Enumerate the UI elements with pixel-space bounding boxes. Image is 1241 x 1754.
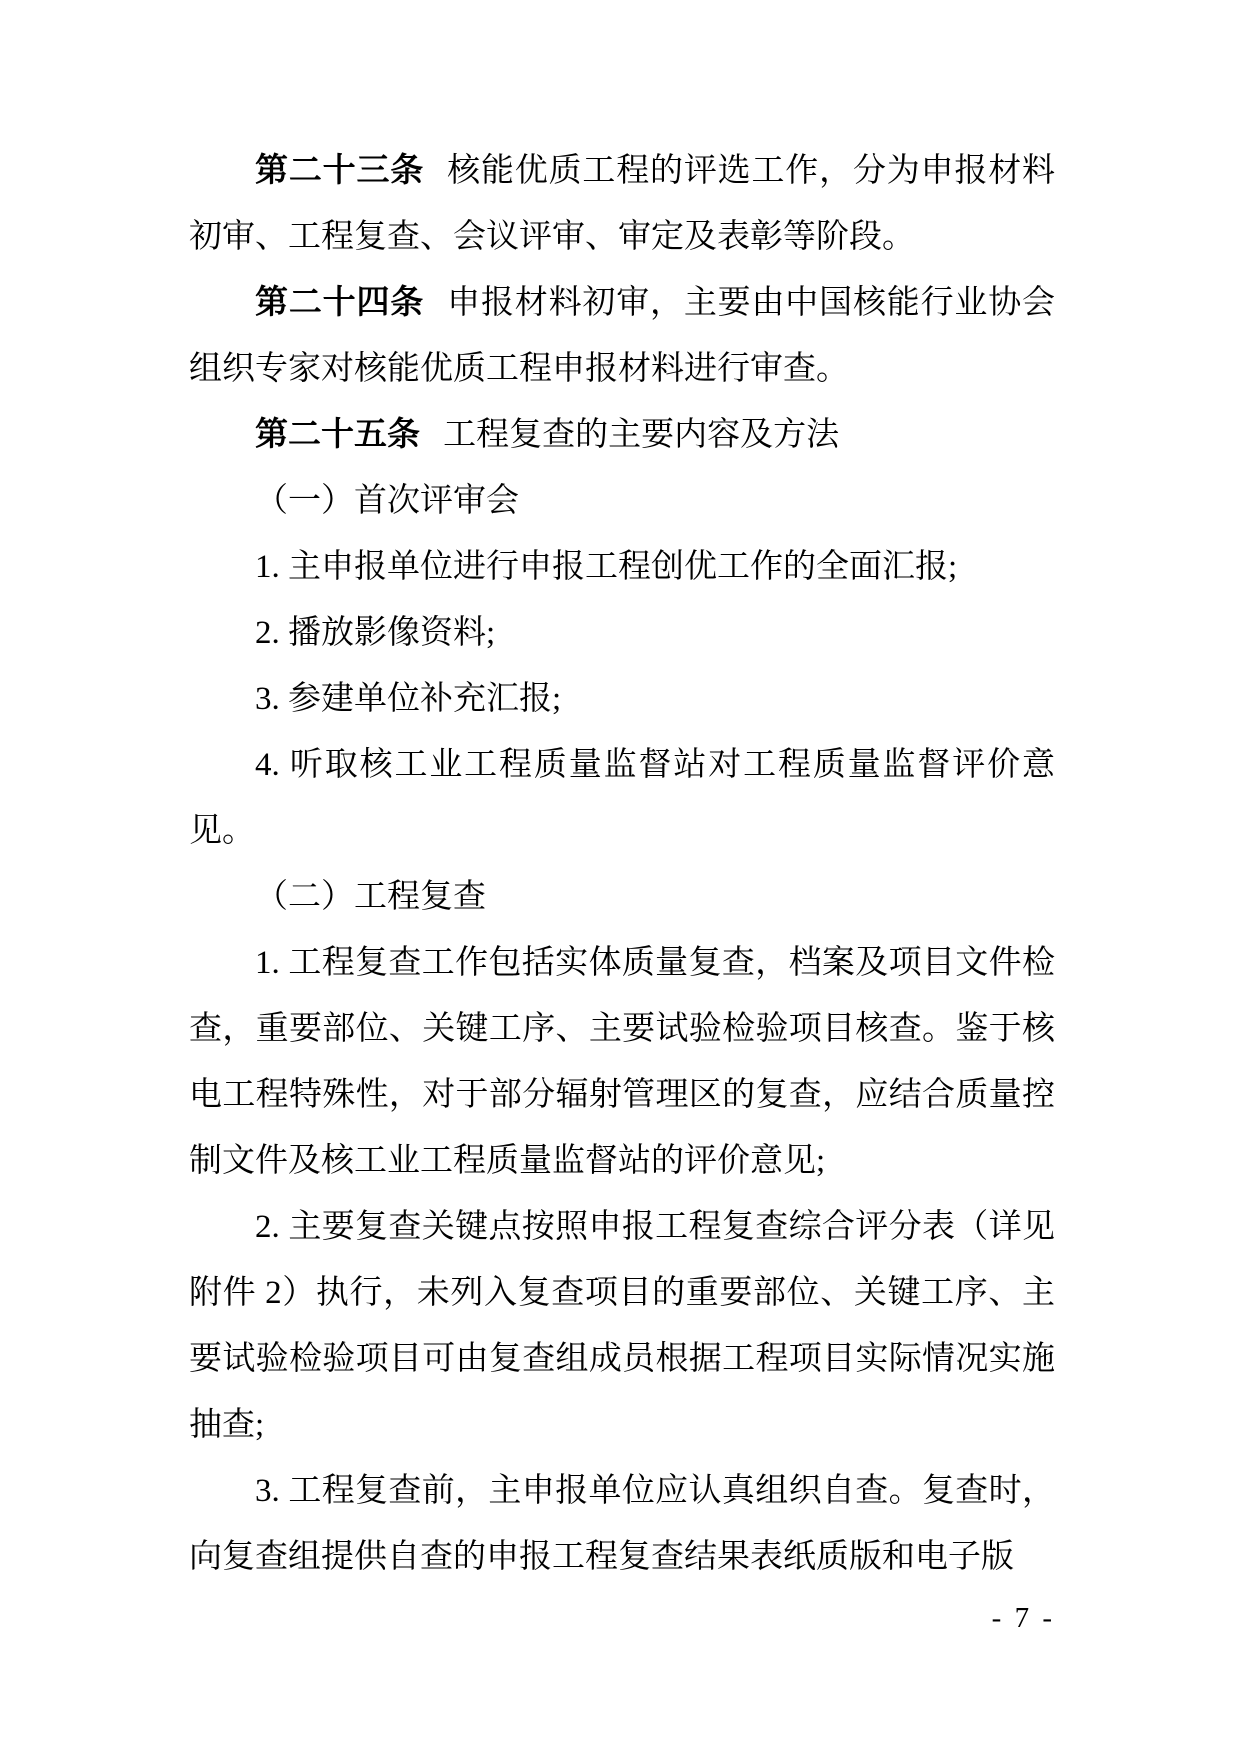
body-paragraph: 2. 播放影像资料; — [189, 600, 1055, 666]
paragraph-text: 工程复查的主要内容及方法 — [443, 417, 839, 453]
article-paragraph: 第二十四条申报材料初审，主要由中国核能行业协会组织专家对核能优质工程申报材料进行… — [189, 270, 1055, 402]
paragraph-text: 2. 播放影像资料; — [255, 615, 495, 651]
body-paragraph: 3. 工程复查前，主申报单位应认真组织自查。复查时，向复查组提供自查的申报工程复… — [189, 1458, 1055, 1590]
body-paragraph: （二）工程复查 — [189, 864, 1055, 930]
body-paragraph: （一）首次评审会 — [189, 468, 1055, 534]
body-paragraph: 1. 主申报单位进行申报工程创优工作的全面汇报; — [189, 534, 1055, 600]
article-number-heading: 第二十三条 — [255, 153, 424, 189]
paragraph-text: （二）工程复查 — [255, 879, 486, 915]
article-number-heading: 第二十五条 — [255, 417, 420, 453]
paragraph-text: 4. 听取核工业工程质量监督站对工程质量监督评价意见。 — [189, 747, 1055, 849]
document-body: 第二十三条核能优质工程的评选工作，分为申报材料初审、工程复查、会议评审、审定及表… — [189, 138, 1055, 1590]
article-paragraph: 第二十三条核能优质工程的评选工作，分为申报材料初审、工程复查、会议评审、审定及表… — [189, 138, 1055, 270]
paragraph-text: 2. 主要复查关键点按照申报工程复查综合评分表（详见附件 2）执行，未列入复查项… — [189, 1209, 1055, 1443]
paragraph-text: 1. 主申报单位进行申报工程创优工作的全面汇报; — [255, 549, 957, 585]
body-paragraph: 1. 工程复查工作包括实体质量复查，档案及项目文件检查，重要部位、关键工序、主要… — [189, 930, 1055, 1194]
paragraph-text: 1. 工程复查工作包括实体质量复查，档案及项目文件检查，重要部位、关键工序、主要… — [189, 945, 1055, 1179]
page-number: - 7 - — [992, 1601, 1055, 1635]
body-paragraph: 2. 主要复查关键点按照申报工程复查综合评分表（详见附件 2）执行，未列入复查项… — [189, 1194, 1055, 1458]
article-number-heading: 第二十四条 — [255, 285, 424, 321]
body-paragraph: 4. 听取核工业工程质量监督站对工程质量监督评价意见。 — [189, 732, 1055, 864]
body-paragraph: 3. 参建单位补充汇报; — [189, 666, 1055, 732]
article-paragraph: 第二十五条工程复查的主要内容及方法 — [189, 402, 1055, 468]
paragraph-text: 3. 参建单位补充汇报; — [255, 681, 561, 717]
paragraph-text: 3. 工程复查前，主申报单位应认真组织自查。复查时，向复查组提供自查的申报工程复… — [189, 1473, 1055, 1575]
document-page: 第二十三条核能优质工程的评选工作，分为申报材料初审、工程复查、会议评审、审定及表… — [0, 0, 1241, 1754]
paragraph-text: （一）首次评审会 — [255, 483, 519, 519]
